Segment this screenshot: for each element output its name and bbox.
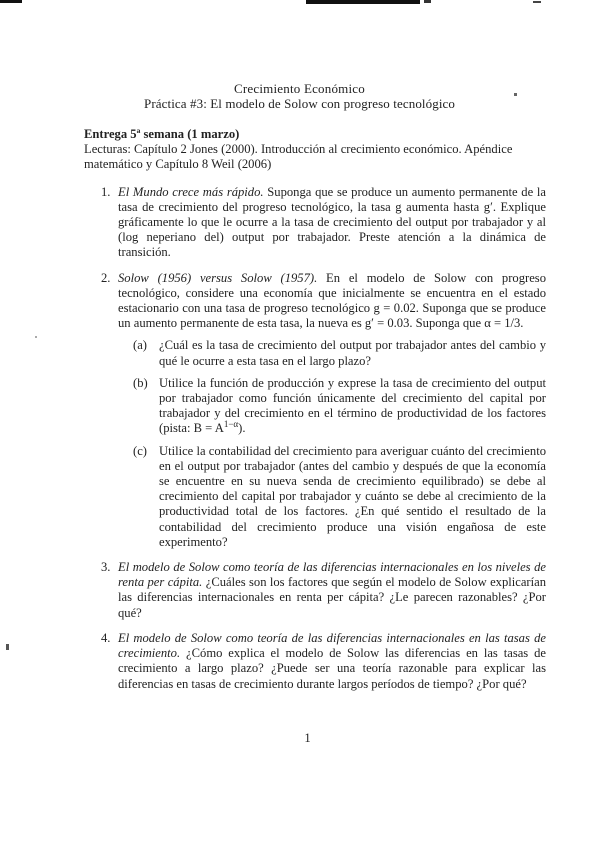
problem-3-number: 3.: [101, 560, 118, 621]
problem-2-subitems: (a) ¿Cuál es la tasa de crecimiento del …: [84, 338, 546, 550]
problem-1-text: El Mundo crece más rápido. Suponga que s…: [118, 185, 546, 261]
scanned-document-page: Crecimiento Económico Práctica #3: El mo…: [0, 0, 599, 848]
subitem-c: (c) Utilice la contabilidad del crecimie…: [133, 444, 546, 550]
problem-2-text: Solow (1956) versus Solow (1957). En el …: [118, 271, 546, 332]
due-date-line: Entrega 5ª semana (1 marzo): [84, 127, 546, 142]
meta-block: Entrega 5ª semana (1 marzo) Lecturas: Ca…: [84, 127, 546, 173]
course-title: Crecimiento Económico: [0, 81, 599, 96]
problem-3: 3. El modelo de Solow como teoría de las…: [84, 560, 546, 621]
problem-1-number: 1.: [101, 185, 118, 261]
page-number: 1: [0, 731, 599, 746]
problem-list: 1. El Mundo crece más rápido. Suponga qu…: [84, 185, 546, 692]
problem-4-number: 4.: [101, 631, 118, 692]
subitem-b-body: Utilice la función de producción y expre…: [159, 376, 546, 436]
problem-4: 4. El modelo de Solow como teoría de las…: [84, 631, 546, 692]
subitem-c-text: Utilice la contabilidad del crecimiento …: [159, 444, 546, 550]
subitem-c-label: (c): [133, 444, 159, 550]
subitem-a-label: (a): [133, 338, 159, 368]
practice-subtitle: Práctica #3: El modelo de Solow con prog…: [0, 96, 599, 111]
subitem-b-text: Utilice la función de producción y expre…: [159, 376, 546, 437]
subitem-a: (a) ¿Cuál es la tasa de crecimiento del …: [133, 338, 546, 368]
problem-4-body: ¿Cómo explica el modelo de Solow las dif…: [118, 646, 546, 690]
subitem-b-body-end: ).: [238, 421, 245, 435]
readings-line: Lecturas: Capítulo 2 Jones (2000). Intro…: [84, 142, 546, 172]
problem-2-title: Solow (1956) versus Solow (1957).: [118, 271, 317, 285]
problem-1-title: El Mundo crece más rápido.: [118, 185, 264, 199]
problem-2-number: 2.: [101, 271, 118, 332]
subitem-b-label: (b): [133, 376, 159, 437]
problem-2: 2. Solow (1956) versus Solow (1957). En …: [84, 271, 546, 332]
document-header: Crecimiento Económico Práctica #3: El mo…: [0, 0, 599, 111]
problem-3-text: El modelo de Solow como teoría de las di…: [118, 560, 546, 621]
subitem-a-text: ¿Cuál es la tasa de crecimiento del outp…: [159, 338, 546, 368]
document-content: Crecimiento Económico Práctica #3: El mo…: [0, 0, 599, 848]
subitem-b: (b) Utilice la función de producción y e…: [133, 376, 546, 437]
problem-4-text: El modelo de Solow como teoría de las di…: [118, 631, 546, 692]
problem-1: 1. El Mundo crece más rápido. Suponga qu…: [84, 185, 546, 261]
formula-exponent: 1−α: [224, 419, 238, 429]
